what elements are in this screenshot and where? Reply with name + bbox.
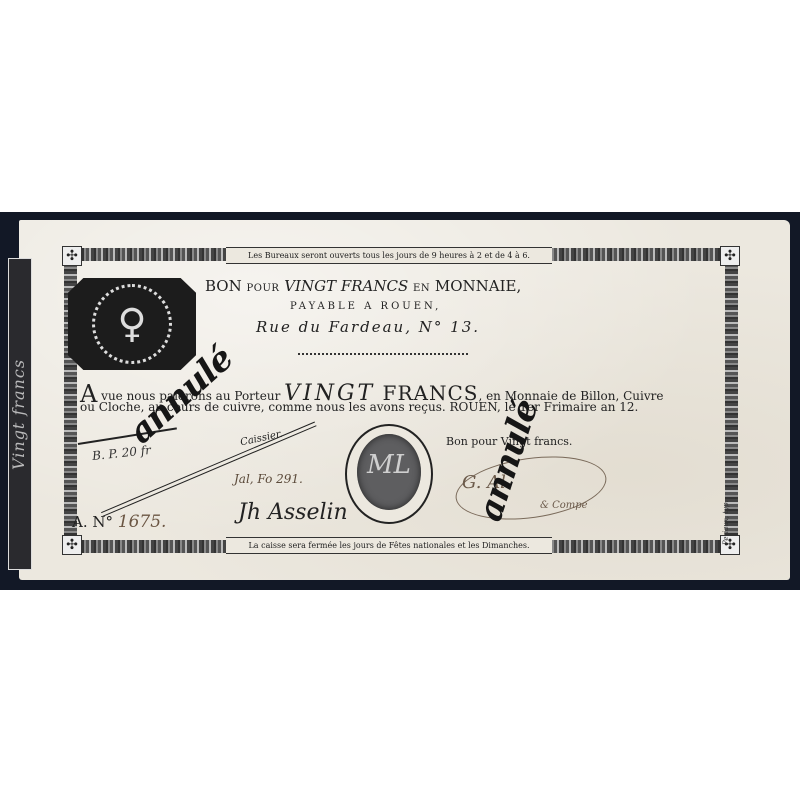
corner-ornament-icon: ✣ [62,246,82,266]
frame-band-right [725,266,738,535]
serial-number: A. N° 1675. [72,512,166,532]
seal-monogram: ML [357,450,421,480]
angel-figure-icon: ♀ [112,294,152,354]
counterfoil-stub: Vingt francs [8,258,32,570]
company-note: & Compe [540,500,588,511]
corner-ornament-icon: ✣ [62,535,82,555]
closure-notice-banner: La caisse sera fermée les jours de Fêtes… [226,537,552,554]
stub-text: Vingt francs [9,259,31,569]
note-title: BON POUR VINGT FRANCS EN MONNAIE, [205,277,521,295]
angel-vignette: ♀ [68,278,196,370]
issuer-address: Rue du Fardeau, N° 13. [256,318,480,336]
payable-location: PAYABLE A ROUEN, [290,301,441,312]
printer-imprint: Periaux, typ. [722,500,730,545]
decorative-rule [298,353,468,359]
cashier-signature: Jh Asselin [238,500,348,525]
corner-ornament-icon: ✣ [720,246,740,266]
journal-folio: Jal, Fo 291. [234,472,303,486]
opening-hours-banner: Les Bureaux seront ouverts tous les jour… [226,247,552,264]
